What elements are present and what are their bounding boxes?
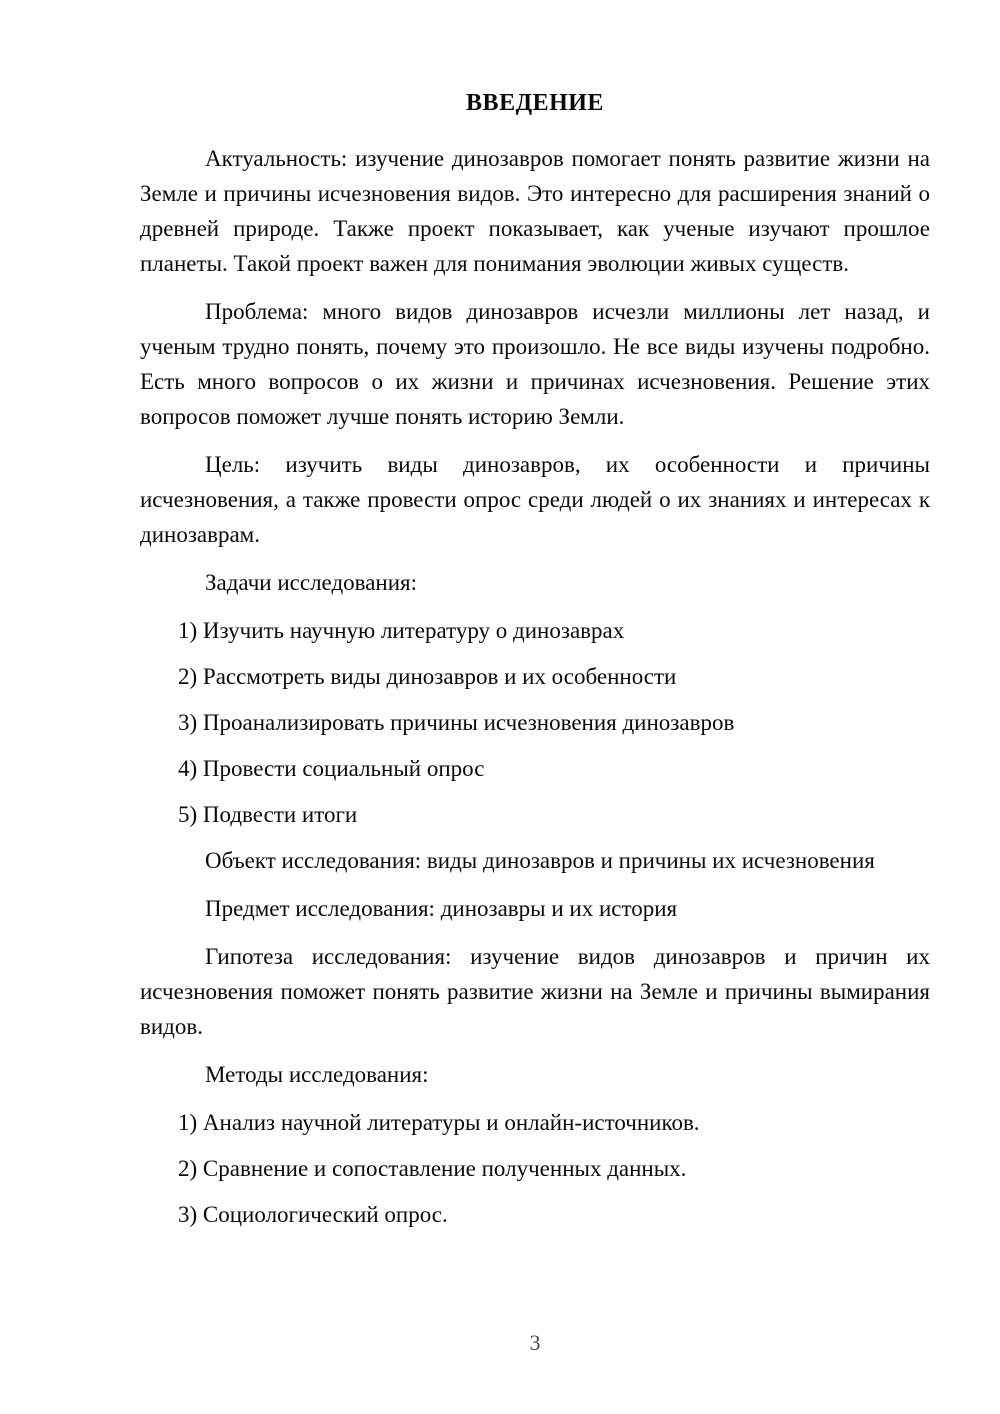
task-item: 4) Провести социальный опрос xyxy=(178,751,930,786)
method-item: 1) Анализ научной литературы и онлайн-ис… xyxy=(178,1105,930,1140)
methods-list: 1) Анализ научной литературы и онлайн-ис… xyxy=(140,1105,930,1232)
method-item: 3) Социологический опрос. xyxy=(178,1197,930,1232)
paragraph-object: Объект исследования: виды динозавров и п… xyxy=(140,843,930,878)
task-item: 3) Проанализировать причины исчезновения… xyxy=(178,705,930,740)
paragraph-hypothesis: Гипотеза исследования: изучение видов ди… xyxy=(140,939,930,1044)
document-page: ВВЕДЕНИЕ Актуальность: изучение динозавр… xyxy=(0,0,1000,1414)
tasks-heading: Задачи исследования: xyxy=(140,565,930,600)
task-item: 1) Изучить научную литературу о динозавр… xyxy=(178,613,930,648)
task-item: 2) Рассмотреть виды динозавров и их особ… xyxy=(178,659,930,694)
task-item: 5) Подвести итоги xyxy=(178,797,930,832)
document-content: ВВЕДЕНИЕ Актуальность: изучение динозавр… xyxy=(0,0,1000,1232)
paragraph-relevance: Актуальность: изучение динозавров помога… xyxy=(140,141,930,281)
paragraph-subject: Предмет исследования: динозавры и их ист… xyxy=(140,891,930,926)
tasks-list: 1) Изучить научную литературу о динозавр… xyxy=(140,613,930,832)
page-number: 3 xyxy=(140,1328,930,1358)
paragraph-goal: Цель: изучить виды динозавров, их особен… xyxy=(140,447,930,552)
page-title: ВВЕДЕНИЕ xyxy=(140,88,930,118)
method-item: 2) Сравнение и сопоставление полученных … xyxy=(178,1151,930,1186)
paragraph-problem: Проблема: много видов динозавров исчезли… xyxy=(140,294,930,434)
methods-heading: Методы исследования: xyxy=(140,1057,930,1092)
